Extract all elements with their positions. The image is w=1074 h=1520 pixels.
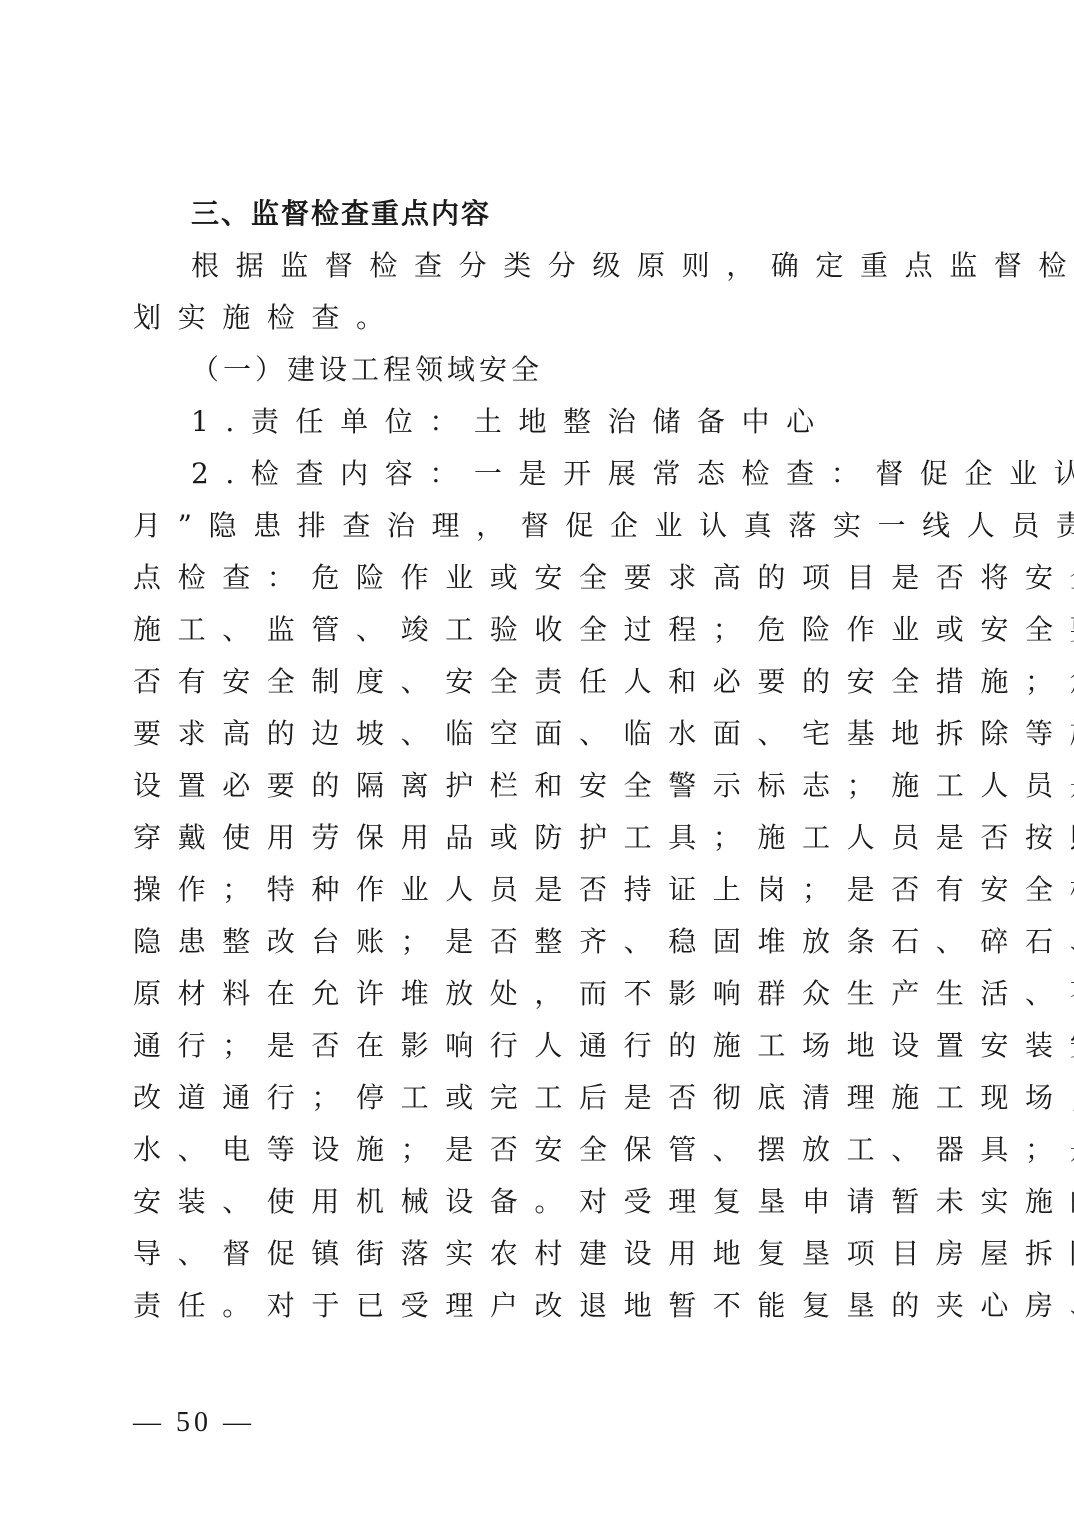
item2-line: 导、督促镇街落实农村建设用地复垦项目房屋拆除前的管护主体 (133, 1228, 945, 1280)
item2-line: 施工、监管、竣工验收全过程；危险作业或安全要求高的项目是 (133, 604, 945, 656)
item2-line: 要求高的边坡、临空面、临水面、宅基地拆除等施工现场，是否 (133, 708, 945, 760)
item2-line: 否有安全制度、安全责任人和必要的安全措施；危险作业或安全 (133, 656, 945, 708)
item2-line: 隐患整改台账；是否整齐、稳固堆放条石、碎石、河沙、水泥等 (133, 916, 945, 968)
item2-line: 责任。对于已受理户改退地暂不能复垦的夹心房、连体房，组织 (133, 1280, 945, 1332)
item2-line: 原材料在允许堆放处，而不影响群众生产生活、不影响车辆行人 (133, 968, 945, 1020)
item2-line: 月”隐患排查治理，督促企业认真落实一线人员责任制。二是重 (133, 500, 945, 552)
subsection-heading: （一）建设工程领域安全 (133, 344, 945, 396)
item-responsible-unit: 1.责任单位：土地整治储备中心 (133, 396, 945, 448)
intro-line-2: 划实施检查。 (133, 292, 945, 344)
item2-line: 点检查：危险作业或安全要求高的项目是否将安全纳入项目设计、 (133, 552, 945, 604)
document-page: 三、监督检查重点内容 根据监督检查分类分级原则，确定重点监督检查对象，按计 划实… (133, 188, 945, 1332)
item2-line: 穿戴使用劳保用品或防护工具；施工人员是否按照安全要求规范 (133, 812, 945, 864)
intro-line-1: 根据监督检查分类分级原则，确定重点监督检查对象，按计 (133, 240, 945, 292)
item2-line: 安装、使用机械设备。对受理复垦申请暂未实施的腾退农房，指 (133, 1176, 945, 1228)
item2-line: 水、电等设施；是否安全保管、摆放工、器具；是否安全转运、 (133, 1124, 945, 1176)
item2-line: 改道通行；停工或完工后是否彻底清理施工现场；是否安全使用 (133, 1072, 945, 1124)
page-number: — 50 — (133, 1407, 255, 1439)
section-heading: 三、监督检查重点内容 (133, 188, 945, 240)
item2-line: 通行；是否在影响行人通行的施工场地设置安装安全通行设施或 (133, 1020, 945, 1072)
item2-line: 设置必要的隔离护栏和安全警示标志；施工人员是否按要求正确 (133, 760, 945, 812)
item2-line: 操作；特种作业人员是否持证上岗；是否有安全检查记录和安全 (133, 864, 945, 916)
item2-line: 2.检查内容：一是开展常态检查：督促企业认真开展“日周 (133, 448, 945, 500)
